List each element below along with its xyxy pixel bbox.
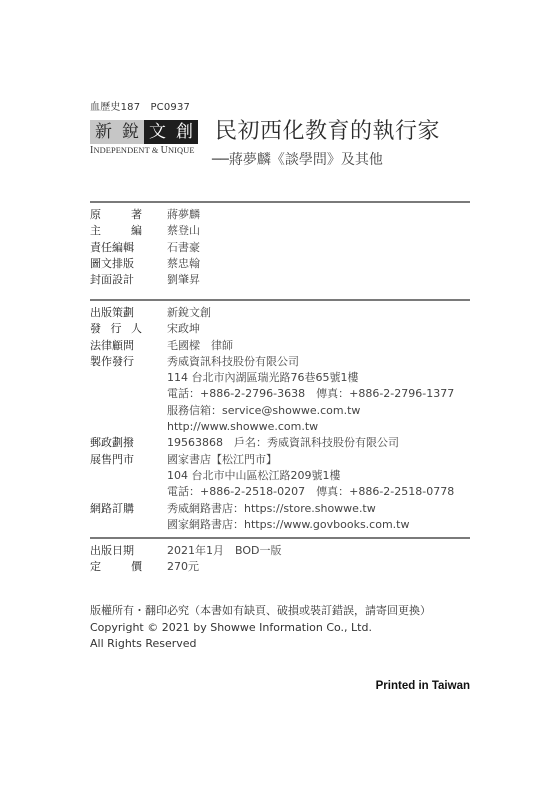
series-line: 血歷史187 PC0937 bbox=[90, 98, 190, 113]
row-label: 定價 bbox=[90, 559, 142, 575]
row-label: 責任編輯 bbox=[90, 240, 167, 256]
printed-in: Printed in Taiwan bbox=[362, 680, 470, 692]
row-value: 19563868 戶名：秀威資訊科技股份有限公司 bbox=[167, 435, 480, 451]
row-label: 發行人 bbox=[90, 321, 142, 337]
info-row: 定價270元 bbox=[90, 559, 480, 575]
row-label bbox=[90, 370, 167, 386]
info-row: 法律顧問毛國樑 律師 bbox=[90, 338, 480, 354]
logo-grey-half: 新 銳 bbox=[90, 120, 144, 144]
logo-char: 新 bbox=[95, 120, 112, 144]
row-value: 270元 bbox=[167, 559, 480, 575]
row-label bbox=[90, 419, 167, 435]
divider-rule bbox=[90, 537, 470, 539]
row-label: 主編 bbox=[90, 223, 142, 239]
series-name: 血歷史187 bbox=[90, 102, 140, 113]
row-value: 電話：+886-2-2518-0207 傳真：+886-2-2518-0778 bbox=[167, 484, 480, 500]
row-value: 蔣夢麟 bbox=[167, 207, 480, 223]
divider-rule bbox=[90, 299, 470, 301]
row-label bbox=[90, 468, 167, 484]
row-label: 法律顧問 bbox=[90, 338, 167, 354]
row-label: 網路訂購 bbox=[90, 501, 167, 517]
info-row: 主編蔡登山 bbox=[90, 223, 480, 239]
divider-rule bbox=[90, 201, 470, 203]
row-label: 出版日期 bbox=[90, 543, 167, 559]
book-title: 民初西化教育的執行家 bbox=[215, 119, 440, 145]
info-row: 展售門市國家書店【松江門市】 bbox=[90, 452, 480, 468]
rights-reserved: All Rights Reserved bbox=[90, 636, 431, 653]
row-value: 114 台北市內湖區瑞光路76巷65號1樓 bbox=[167, 370, 480, 386]
copyright-line: Copyright © 2021 by Showwe Information C… bbox=[90, 620, 431, 637]
book-subtitle: ──蔣夢麟《談學問》及其他 bbox=[212, 151, 383, 169]
row-label: 製作發行 bbox=[90, 354, 167, 370]
publisher-logo: 新 銳 文 創 INDEPENDENT & UNIQUE bbox=[90, 120, 198, 156]
info-row: 服務信箱：service@showwe.com.tw bbox=[90, 403, 480, 419]
info-row: 郵政劃撥19563868 戶名：秀威資訊科技股份有限公司 bbox=[90, 435, 480, 451]
row-value: 電話：+886-2-2796-3638 傳真：+886-2-2796-1377 bbox=[167, 386, 480, 402]
info-row: 製作發行秀威資訊科技股份有限公司 bbox=[90, 354, 480, 370]
credits-section: 原著蔣夢麟主編蔡登山責任編輯石書豪圖文排版蔡忠翰封面設計劉肇昇 bbox=[90, 207, 480, 288]
info-row: 原著蔣夢麟 bbox=[90, 207, 480, 223]
info-row: 104 台北市中山區松江路209號1樓 bbox=[90, 468, 480, 484]
row-label bbox=[90, 403, 167, 419]
row-value: 國家網路書店：https://www.govbooks.com.tw bbox=[167, 517, 480, 533]
row-value: 秀威資訊科技股份有限公司 bbox=[167, 354, 480, 370]
logo-tagline: INDEPENDENT & UNIQUE bbox=[90, 145, 198, 156]
copyright-block: 版權所有・翻印必究（本書如有缺頁、破損或裝訂錯誤，請寄回更換） Copyrigh… bbox=[90, 603, 431, 653]
row-value: 蔡登山 bbox=[167, 223, 480, 239]
row-value: 104 台北市中山區松江路209號1樓 bbox=[167, 468, 480, 484]
logo-box: 新 銳 文 創 bbox=[90, 120, 198, 144]
row-value: 秀威網路書店：https://store.showwe.tw bbox=[167, 501, 480, 517]
series-code: PC0937 bbox=[150, 102, 190, 113]
row-value: 2021年1月 BOD一版 bbox=[167, 543, 480, 559]
copyright-notice: 版權所有・翻印必究（本書如有缺頁、破損或裝訂錯誤，請寄回更換） bbox=[90, 603, 431, 620]
row-label: 圖文排版 bbox=[90, 256, 167, 272]
row-label: 原著 bbox=[90, 207, 142, 223]
info-row: 電話：+886-2-2518-0207 傳真：+886-2-2518-0778 bbox=[90, 484, 480, 500]
logo-char: 文 bbox=[149, 120, 166, 144]
row-label: 封面設計 bbox=[90, 272, 167, 288]
row-value: 劉肇昇 bbox=[167, 272, 480, 288]
row-value: 新銳文創 bbox=[167, 305, 480, 321]
row-label bbox=[90, 386, 167, 402]
info-row: 電話：+886-2-2796-3638 傳真：+886-2-2796-1377 bbox=[90, 386, 480, 402]
info-row: 發行人宋政坤 bbox=[90, 321, 480, 337]
row-value: 毛國樑 律師 bbox=[167, 338, 480, 354]
info-row: 圖文排版蔡忠翰 bbox=[90, 256, 480, 272]
info-row: 封面設計劉肇昇 bbox=[90, 272, 480, 288]
row-value: 國家書店【松江門市】 bbox=[167, 452, 480, 468]
row-label bbox=[90, 484, 167, 500]
info-row: 國家網路書店：https://www.govbooks.com.tw bbox=[90, 517, 480, 533]
row-label: 郵政劃撥 bbox=[90, 435, 167, 451]
logo-char: 創 bbox=[176, 120, 193, 144]
publishing-section: 出版策劃新銳文創發行人宋政坤法律顧問毛國樑 律師製作發行秀威資訊科技股份有限公司… bbox=[90, 305, 480, 533]
logo-black-half: 文 創 bbox=[144, 120, 198, 144]
row-value: 蔡忠翰 bbox=[167, 256, 480, 272]
row-label bbox=[90, 517, 167, 533]
logo-char: 銳 bbox=[122, 120, 139, 144]
row-label: 出版策劃 bbox=[90, 305, 167, 321]
info-row: http://www.showwe.com.tw bbox=[90, 419, 480, 435]
row-value: http://www.showwe.com.tw bbox=[167, 419, 480, 435]
info-row: 責任編輯石書豪 bbox=[90, 240, 480, 256]
row-value: 宋政坤 bbox=[167, 321, 480, 337]
row-value: 服務信箱：service@showwe.com.tw bbox=[167, 403, 480, 419]
info-row: 網路訂購秀威網路書店：https://store.showwe.tw bbox=[90, 501, 480, 517]
info-row: 114 台北市內湖區瑞光路76巷65號1樓 bbox=[90, 370, 480, 386]
edition-section: 出版日期2021年1月 BOD一版定價270元 bbox=[90, 543, 480, 576]
row-value: 石書豪 bbox=[167, 240, 480, 256]
row-label: 展售門市 bbox=[90, 452, 167, 468]
info-row: 出版策劃新銳文創 bbox=[90, 305, 480, 321]
info-row: 出版日期2021年1月 BOD一版 bbox=[90, 543, 480, 559]
